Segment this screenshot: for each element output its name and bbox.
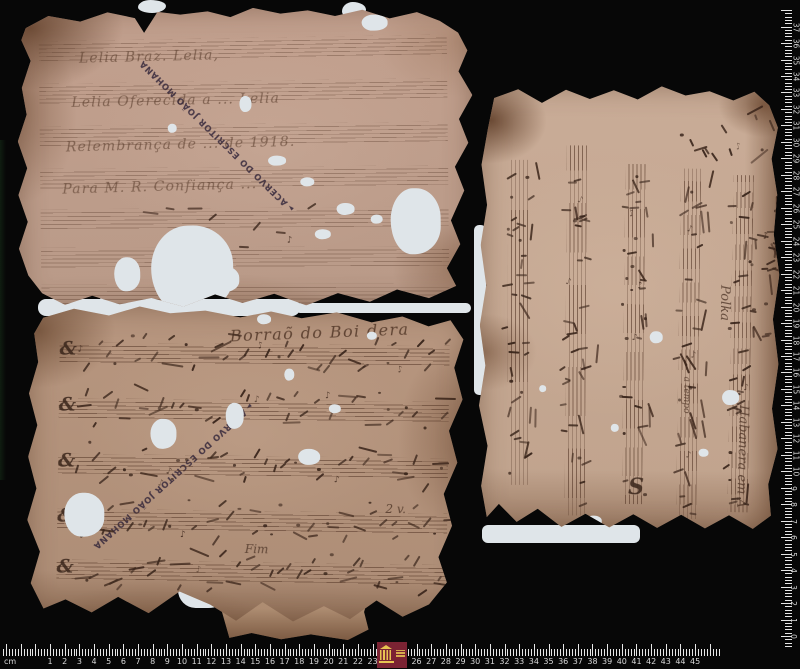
ruler-tick (785, 198, 792, 199)
ruler-tick (44, 649, 45, 656)
beam-mark (283, 422, 301, 425)
ruler-tick (458, 649, 459, 656)
ruler-tick (15, 649, 16, 656)
ruler-tick (785, 181, 792, 182)
ruler-tick (572, 649, 573, 656)
ruler-tick (785, 346, 792, 347)
ruler-number: 28 (441, 657, 451, 666)
ruler-tick (785, 494, 792, 495)
ruler-tick (337, 649, 338, 656)
ruler-tick (252, 649, 253, 656)
beam-mark (435, 397, 456, 400)
ruler-tick (785, 491, 792, 492)
ruler-tick (785, 152, 792, 153)
ruler-number: 1 (789, 618, 798, 623)
notehead-mark (176, 459, 179, 462)
ruler-tick (785, 36, 792, 37)
notehead-mark (623, 385, 626, 388)
ruler-tick (578, 644, 579, 656)
ruler-tick (584, 649, 585, 656)
ruler-tick (370, 649, 371, 656)
notehead-mark (378, 391, 381, 394)
ruler-tick (94, 644, 95, 656)
ruler-number: 16 (265, 657, 275, 666)
ruler-tick (466, 649, 467, 656)
ruler-tick (505, 644, 506, 656)
ruler-number: 19 (309, 657, 319, 666)
manuscript-bottom-left: Borraõ do Boi dera ►ACERVO DO ESCRITOR J… (26, 305, 468, 627)
ruler-tick (785, 511, 792, 512)
ruler-tick (785, 382, 792, 383)
notehead-mark (680, 134, 683, 137)
ruler-tick (472, 649, 473, 656)
ruler-tick (622, 644, 623, 656)
ruler-number: 39 (602, 657, 612, 666)
ruler-tick (785, 465, 792, 466)
note-mark (242, 475, 246, 483)
note-mark (218, 550, 227, 559)
torn-hole (114, 257, 140, 291)
clef-mark: & (56, 555, 73, 577)
beam-mark (188, 207, 203, 209)
beam-mark (746, 483, 750, 503)
ruler-tick (675, 649, 676, 656)
ruler-tick (340, 649, 341, 656)
ruler-number: 15 (250, 657, 260, 666)
torn-hole (64, 492, 105, 537)
ruler-tick (557, 649, 558, 656)
beam-mark (246, 555, 256, 561)
ruler-tick (469, 649, 470, 656)
note-mark (240, 389, 247, 398)
ruler-tick (493, 649, 494, 656)
ruler-tick (296, 649, 297, 656)
ruler-number: 12 (791, 434, 800, 444)
ruler-tick (781, 10, 792, 11)
ruler-tick (132, 649, 133, 656)
ruler-tick (716, 649, 717, 656)
note-mark (99, 476, 110, 485)
ruler-tick (217, 649, 218, 656)
ruler-tick (785, 540, 792, 541)
torn-hole (268, 156, 286, 166)
notehead-mark (195, 408, 198, 411)
ruler-tick (417, 644, 418, 656)
ruler-tick (785, 69, 792, 70)
ruler-tick (631, 649, 632, 656)
note-icon: ♪ (743, 384, 749, 393)
note-mark (516, 274, 527, 276)
note-mark (168, 334, 175, 340)
note-mark (212, 535, 221, 546)
ruler-tick (41, 649, 42, 656)
beam-mark (595, 345, 599, 364)
note-mark (768, 119, 775, 131)
ruler-tick (785, 349, 792, 350)
ruler-tick (686, 649, 687, 656)
ruler-tick (273, 649, 274, 656)
ruler-tick (651, 644, 652, 656)
ruler-tick (601, 649, 602, 656)
ruler-tick (179, 649, 180, 656)
note-mark (191, 364, 196, 372)
ruler-tick (203, 649, 204, 656)
ruler-tick (785, 284, 792, 285)
ruler-tick (672, 649, 673, 656)
ruler-tick (334, 649, 335, 656)
ruler-number: 8 (150, 657, 155, 666)
note-mark (689, 139, 695, 148)
ruler-number: 4 (91, 657, 96, 666)
beam-mark (644, 313, 647, 327)
ruler-tick (317, 649, 318, 656)
ruler-tick (785, 596, 792, 597)
ruler-number: 34 (529, 657, 539, 666)
ruler-number: 8 (789, 502, 798, 507)
note-icon: ♪ (685, 452, 691, 461)
side-title: Polka (717, 285, 732, 321)
ruler-tick (47, 649, 48, 656)
ruler-tick (50, 644, 51, 656)
ruler-tick (636, 644, 637, 656)
ruler-tick (53, 649, 54, 656)
ruler-number: 21 (791, 286, 800, 296)
ruler-tick (6, 644, 7, 656)
ruler-tick (74, 649, 75, 656)
ruler-tick (65, 644, 66, 656)
note-icon: ♪ (325, 392, 331, 401)
ruler-tick (785, 544, 792, 545)
backing-patch (482, 525, 640, 543)
note-mark (392, 534, 400, 540)
ruler-tick (197, 644, 198, 656)
ruler-tick (123, 644, 124, 656)
ruler-tick (657, 649, 658, 656)
ruler-tick (785, 214, 792, 215)
ruler-tick (642, 649, 643, 656)
ruler-tick (302, 649, 303, 656)
ruler-tick (785, 148, 792, 149)
ruler-tick (785, 560, 792, 561)
ruler-tick (785, 13, 792, 14)
ruler-tick (654, 649, 655, 656)
beam-mark (535, 162, 541, 181)
note-mark (729, 148, 734, 156)
ruler-tick (619, 649, 620, 656)
ruler-number: 13 (791, 418, 800, 428)
ruler-tick (785, 478, 792, 479)
ruler-number: 16 (791, 368, 800, 378)
ruler-tick (785, 264, 792, 265)
note-mark (754, 114, 758, 121)
ruler-number: 1 (48, 657, 53, 666)
notehead-mark (509, 380, 512, 383)
ruler-tick (475, 644, 476, 656)
vertical-ruler: 0123456789101112131415161718192021222324… (780, 0, 800, 669)
ruler-tick (59, 649, 60, 656)
ruler-tick (21, 644, 22, 656)
torn-hole (284, 369, 294, 381)
ruler-number: 7 (135, 657, 140, 666)
ruler-tick (785, 33, 792, 34)
note-icon: ♪ (286, 236, 293, 246)
ruler-tick (255, 644, 256, 656)
ruler-number: 14 (236, 657, 246, 666)
beam-mark (364, 424, 381, 427)
ruler-number: 33 (514, 657, 524, 666)
beam-mark (292, 531, 307, 541)
ruler-number: 25 (791, 220, 800, 230)
ruler-tick (208, 649, 209, 656)
beam-mark (700, 399, 706, 418)
ruler-tick (645, 649, 646, 656)
ruler-tick (18, 649, 19, 656)
notehead-mark (729, 451, 732, 454)
ruler-number: 11 (192, 657, 202, 666)
ruler-tick (358, 644, 359, 656)
ruler-number: 32 (791, 105, 800, 115)
ruler-tick (785, 399, 792, 400)
staff-lines (41, 246, 449, 267)
ruler-tick (607, 644, 608, 656)
note-mark (116, 584, 123, 591)
ruler-tick (71, 649, 72, 656)
staff-lines (40, 122, 448, 147)
ruler-tick (785, 132, 792, 133)
ruler-tick (519, 644, 520, 656)
ruler-tick (785, 66, 792, 67)
ruler-tick (785, 234, 792, 235)
ruler-tick (106, 649, 107, 656)
beam-mark (645, 206, 649, 217)
ruler-tick (785, 531, 792, 532)
ruler-tick (663, 649, 664, 656)
beam-mark (701, 420, 706, 438)
ruler-number: 30 (470, 657, 480, 666)
ruler-number: 20 (791, 302, 800, 312)
ruler-tick (613, 649, 614, 656)
note-icon: ♪ (157, 479, 164, 489)
ruler-number: 18 (294, 657, 304, 666)
ruler-tick (82, 649, 83, 656)
archive-logo (377, 642, 407, 668)
note-mark (720, 124, 727, 133)
notehead-mark (752, 309, 755, 312)
ruler-tick (701, 649, 702, 656)
ruler-tick (311, 649, 312, 656)
ruler-number: 33 (791, 88, 800, 98)
ruler-number: 6 (789, 535, 798, 540)
ruler-tick (205, 649, 206, 656)
ruler-number: 44 (675, 657, 685, 666)
ruler-tick (628, 649, 629, 656)
ruler-tick (785, 50, 792, 51)
notehead-mark (279, 504, 282, 507)
ruler-number: 5 (106, 657, 111, 666)
ruler-tick (68, 649, 69, 656)
note-mark (293, 391, 299, 398)
beam-mark (529, 223, 533, 240)
ruler-tick (425, 649, 426, 656)
beam-mark (259, 581, 275, 591)
ruler-tick (191, 649, 192, 656)
ruler-tick (434, 649, 435, 656)
ruler-tick (639, 649, 640, 656)
beam-mark (134, 383, 150, 392)
notehead-mark (404, 472, 407, 475)
note-mark (417, 588, 428, 596)
torn-hole (329, 404, 341, 413)
ruler-tick (648, 649, 649, 656)
ruler-tick (461, 644, 462, 656)
ruler-tick (115, 649, 116, 656)
torn-hole (298, 449, 320, 465)
ruler-number: 36 (791, 39, 800, 49)
ruler-tick (194, 649, 195, 656)
ruler-number: 29 (791, 154, 800, 164)
ruler-tick (785, 580, 792, 581)
ruler-tick (185, 649, 186, 656)
ruler-number: 22 (791, 269, 800, 279)
building-icon (380, 645, 392, 649)
ruler-tick (299, 644, 300, 656)
note-icon: ♪ (196, 566, 202, 575)
ruler-tick (147, 649, 148, 656)
beam-mark (652, 233, 655, 247)
ruler-number: 13 (221, 657, 231, 666)
beam-mark (750, 149, 768, 164)
note-icon: ♪ (396, 366, 404, 376)
ruler-number: 19 (791, 319, 800, 329)
ruler-tick (27, 649, 28, 656)
beam-mark (161, 363, 183, 369)
ruler-tick (785, 643, 792, 644)
ruler-tick (419, 649, 420, 656)
torn-hole (150, 419, 176, 449)
beam-mark (705, 361, 708, 376)
ruler-tick (785, 280, 792, 281)
ruler-tick (785, 396, 792, 397)
notehead-mark (187, 499, 190, 502)
ruler-tick (785, 168, 792, 169)
ruler-tick (173, 649, 174, 656)
ruler-tick (314, 644, 315, 656)
ruler-tick (785, 448, 792, 449)
ruler-number: 7 (789, 519, 798, 524)
ruler-tick (244, 649, 245, 656)
ruler-tick (288, 649, 289, 656)
ruler-tick (241, 644, 242, 656)
ruler-tick (496, 649, 497, 656)
ruler-tick (785, 247, 792, 248)
ruler-tick (346, 649, 347, 656)
ruler-tick (120, 649, 121, 656)
note-mark (141, 448, 148, 453)
clef-mark: & (59, 393, 76, 415)
ruler-tick (563, 644, 564, 656)
ruler-tick (490, 644, 491, 656)
ruler-number: 41 (631, 657, 641, 666)
ruler-tick (232, 649, 233, 656)
ruler-tick (126, 649, 127, 656)
ruler-tick (238, 649, 239, 656)
note-mark (525, 281, 536, 284)
ruler-tick (695, 644, 696, 656)
ruler-tick (463, 649, 464, 656)
ruler-tick (326, 649, 327, 656)
ruler-tick (161, 649, 162, 656)
ruler-tick (88, 649, 89, 656)
ruler-number: 3 (77, 657, 82, 666)
ruler-tick (785, 629, 792, 630)
note-mark (676, 309, 683, 312)
ruler-tick (329, 644, 330, 656)
beam-mark (434, 582, 456, 588)
ruler-tick (249, 649, 250, 656)
ruler-number: 32 (499, 657, 509, 666)
ruler-tick (428, 649, 429, 656)
ruler-number: 11 (791, 451, 800, 461)
note-mark (404, 554, 411, 561)
notehead-mark (386, 408, 389, 411)
beam-mark (707, 211, 711, 232)
ruler-number: 24 (791, 236, 800, 246)
ruler-tick (499, 649, 500, 656)
ruler-tick (551, 649, 552, 656)
ruler-tick (129, 649, 130, 656)
ruler-tick (678, 649, 679, 656)
ruler-tick (666, 644, 667, 656)
ruler-number: 17 (280, 657, 290, 666)
ruler-number: 35 (543, 657, 553, 666)
ruler-tick (247, 649, 248, 656)
ruler-tick (320, 649, 321, 656)
notehead-mark (330, 553, 333, 556)
ruler-tick (103, 649, 104, 656)
ruler-tick (38, 649, 39, 656)
ruler-tick (785, 432, 792, 433)
ruler-tick (785, 116, 792, 117)
note-mark (84, 388, 89, 397)
ruler-tick (443, 649, 444, 656)
ruler-tick (510, 649, 511, 656)
ruler-number: 38 (587, 657, 597, 666)
ruler-tick (182, 644, 183, 656)
ruler-tick (305, 649, 306, 656)
ruler-tick (785, 524, 792, 525)
ruler-tick (293, 649, 294, 656)
ruler-tick (528, 649, 529, 656)
backing-patch (138, 0, 166, 13)
note-icon: ♪ (762, 232, 769, 242)
notehead-mark (526, 176, 529, 179)
notehead-mark (750, 263, 753, 266)
beam-mark (528, 406, 532, 423)
notehead-mark (368, 501, 371, 504)
ruler-tick (487, 649, 488, 656)
ruler-unit-label: cm (4, 657, 16, 666)
ruler-number: 34 (791, 72, 800, 82)
torn-hole (315, 229, 331, 239)
ruler-tick (431, 644, 432, 656)
ruler-tick (188, 649, 189, 656)
ruler-tick (522, 649, 523, 656)
ruler-tick (290, 649, 291, 656)
ruler-tick (211, 644, 212, 656)
note-icon: ♪ (735, 142, 743, 152)
ruler-tick (785, 461, 792, 462)
ruler-tick (364, 649, 365, 656)
